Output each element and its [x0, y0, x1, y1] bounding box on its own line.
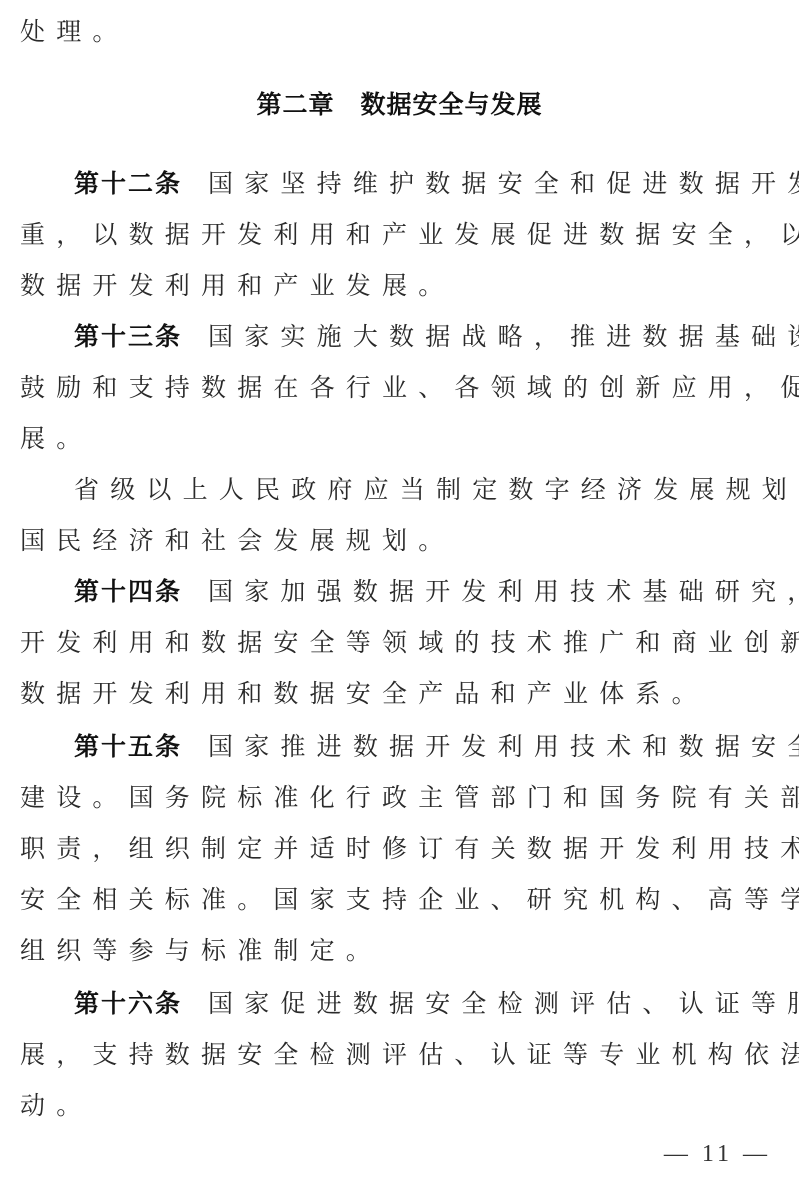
article-13-para2-line-2: 国民经济和社会发展规划。 — [20, 521, 790, 561]
article-text: 国家加强数据开发利用技术基础研究，支持数据 — [208, 577, 799, 606]
article-16-line-2: 展，支持数据安全检测评估、认证等专业机构依法开展服务活 — [20, 1035, 790, 1075]
chapter-heading: 第二章数据安全与发展 — [0, 85, 799, 125]
article-label: 第十六条 — [74, 989, 182, 1018]
article-12-line-3: 数据开发利用和产业发展。 — [20, 266, 790, 306]
article-label: 第十四条 — [74, 577, 182, 606]
article-15-line-5: 组织等参与标准制定。 — [20, 931, 790, 971]
article-label: 第十三条 — [74, 322, 182, 351]
article-14-line-1: 第十四条国家加强数据开发利用技术基础研究，支持数据 — [74, 572, 790, 612]
page-number: — 11 — — [664, 1136, 771, 1172]
article-text: 国家促进数据安全检测评估、认证等服务的发 — [208, 989, 799, 1018]
article-13-line-1: 第十三条国家实施大数据战略，推进数据基础设施建设， — [74, 317, 790, 357]
article-text: 国家实施大数据战略，推进数据基础设施建设， — [208, 322, 799, 351]
article-13-para2-line-1: 省级以上人民政府应当制定数字经济发展规划，并纳入本级 — [74, 470, 790, 510]
article-text: 国家坚持维护数据安全和促进数据开发利用并 — [208, 169, 799, 198]
article-label: 第十五条 — [74, 732, 182, 761]
article-13-line-3: 展。 — [20, 419, 790, 459]
chapter-title: 数据安全与发展 — [361, 90, 543, 119]
article-14-line-2: 开发利用和数据安全等领域的技术推广和商业创新，培育、发展 — [20, 623, 790, 663]
article-14-line-3: 数据开发利用和数据安全产品和产业体系。 — [20, 674, 790, 714]
article-13-line-2: 鼓励和支持数据在各行业、各领域的创新应用，促进数字经济发 — [20, 368, 790, 408]
article-15-line-2: 建设。国务院标准化行政主管部门和国务院有关部门根据各自的 — [20, 778, 790, 818]
continuation-text: 处理。 — [20, 12, 790, 52]
article-15-line-1: 第十五条国家推进数据开发利用技术和数据安全标准体系 — [74, 727, 790, 767]
article-12-line-1: 第十二条国家坚持维护数据安全和促进数据开发利用并 — [74, 164, 790, 204]
article-16-line-3: 动。 — [20, 1086, 790, 1126]
chapter-number: 第二章 — [256, 90, 334, 119]
article-16-line-1: 第十六条国家促进数据安全检测评估、认证等服务的发 — [74, 984, 790, 1024]
article-15-line-4: 安全相关标准。国家支持企业、研究机构、高等学校、相关行业 — [20, 880, 790, 920]
article-label: 第十二条 — [74, 169, 182, 198]
article-15-line-3: 职责，组织制定并适时修订有关数据开发利用技术、产品和数据 — [20, 829, 790, 869]
article-12-line-2: 重，以数据开发利用和产业发展促进数据安全，以数据安全保障 — [20, 215, 790, 255]
article-text: 国家推进数据开发利用技术和数据安全标准体系 — [208, 732, 799, 761]
